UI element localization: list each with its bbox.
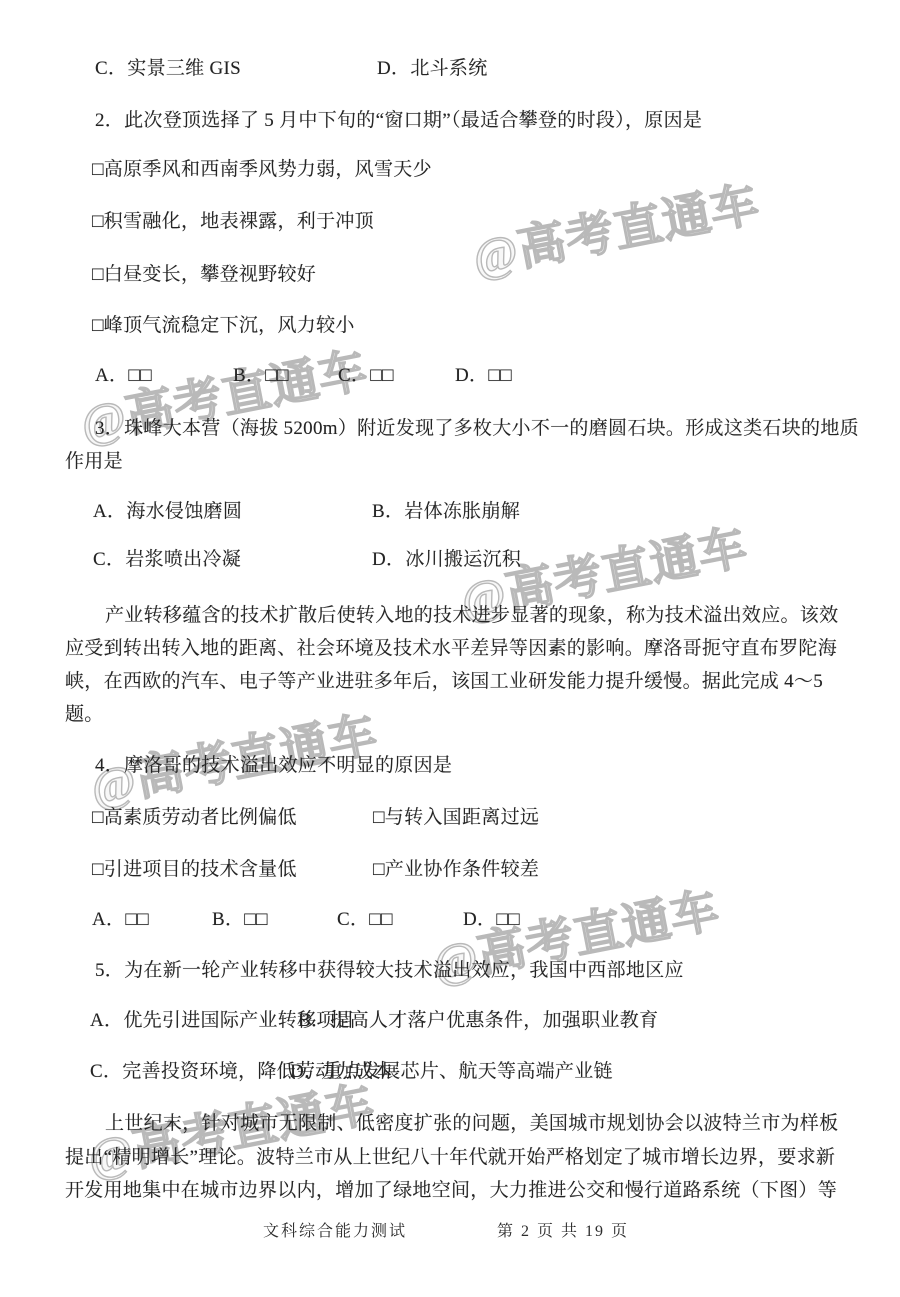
q4-answer-b: B．□□ bbox=[212, 908, 268, 932]
q3-option-a: A．海水侵蚀磨圆 bbox=[93, 500, 242, 524]
q5-title: 5．为在新一轮产业转移中获得较大技术溢出效应，我国中西部地区应 bbox=[95, 959, 684, 983]
q4-title: 4．摩洛哥的技术溢出效应不明显的原因是 bbox=[95, 754, 452, 778]
exam-page: @高考直通车 @高考直通车 @高考直通车 @高考直通车 @高考直通车 @高考直通… bbox=[0, 0, 900, 1297]
q4-statement-2: □与转入国距离过远 bbox=[373, 806, 539, 830]
q4-statement-3: □引进项目的技术含量低 bbox=[92, 858, 297, 882]
q2-statement-1: □高原季风和西南季风势力弱，风雪天少 bbox=[92, 158, 432, 182]
q2-answer-a: A．□□ bbox=[95, 364, 152, 388]
q3-option-c: C．岩浆喷出冷凝 bbox=[93, 548, 241, 572]
passage2-line2: 提出“精明增长”理论。波特兰市从上世纪八十年代就开始严格划定了城市增长边界，要求… bbox=[65, 1146, 835, 1170]
q4-answer-c: C．□□ bbox=[337, 908, 393, 932]
q3-title-line1: 3．珠峰大本营（海拔 5200m）附近发现了多枚大小不一的磨圆石块。形成这类石块… bbox=[95, 417, 859, 441]
passage1-line3: 峡，在西欧的汽车、电子等产业进驻多年后，该国工业研发能力提升缓慢。据此完成 4～… bbox=[65, 670, 823, 694]
q5-option-d: D．重点发展芯片、航天等高端产业链 bbox=[290, 1060, 613, 1084]
passage1-line4: 题。 bbox=[65, 703, 104, 727]
q2-statement-2: □积雪融化，地表裸露，利于冲顶 bbox=[92, 210, 374, 234]
q2-answer-b: B．□□ bbox=[233, 364, 289, 388]
q3-option-b: B．岩体冻胀崩解 bbox=[372, 500, 520, 524]
q2-answer-d: D．□□ bbox=[455, 364, 512, 388]
q2-title: 2．此次登顶选择了 5 月中下旬的“窗口期”（最适合攀登的时段），原因是 bbox=[95, 109, 702, 133]
q4-statement-1: □高素质劳动者比例偏低 bbox=[92, 806, 297, 830]
q4-answer-a: A．□□ bbox=[92, 908, 149, 932]
passage1-line1: 产业转移蕴含的技术扩散后使转入地的技术进步显著的现象，称为技术溢出效应。该效 bbox=[105, 604, 838, 628]
q3-title-line2: 作用是 bbox=[65, 450, 123, 474]
q1-option-d: D．北斗系统 bbox=[377, 57, 488, 81]
q1-option-c: C．实景三维 GIS bbox=[95, 57, 241, 81]
q4-statement-4: □产业协作条件较差 bbox=[373, 858, 539, 882]
q2-statement-3: □白昼变长，攀登视野较好 bbox=[92, 263, 316, 287]
footer-test-name: 文科综合能力测试 bbox=[263, 1218, 407, 1241]
q3-option-d: D．冰川搬运沉积 bbox=[372, 548, 521, 572]
footer-page-number: 第 2 页 共 19 页 bbox=[497, 1218, 629, 1241]
q2-answer-c: C．□□ bbox=[338, 364, 394, 388]
q2-statement-4: □峰顶气流稳定下沉，风力较小 bbox=[92, 314, 355, 338]
q4-answer-d: D．□□ bbox=[463, 908, 520, 932]
passage1-line2: 应受到转出转入地的距离、社会环境及技术水平差异等因素的影响。摩洛哥扼守直布罗陀海 bbox=[65, 637, 837, 661]
watermark: @高考直通车 bbox=[466, 165, 764, 288]
passage2-line3: 开发用地集中在城市边界以内，增加了绿地空间，大力推进公交和慢行道路系统（下图）等 bbox=[65, 1179, 837, 1203]
passage2-line1: 上世纪末，针对城市无限制、低密度扩张的问题，美国城市规划协会以波特兰市为样板 bbox=[105, 1112, 838, 1136]
q5-option-b: B．提高人才落户优惠条件，加强职业教育 bbox=[298, 1009, 658, 1033]
